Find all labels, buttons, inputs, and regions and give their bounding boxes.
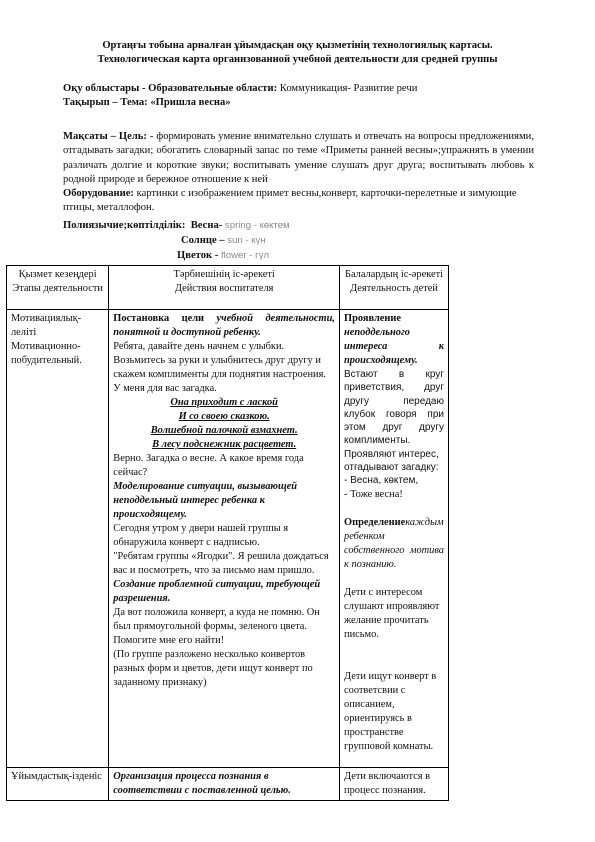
children-heading-2: Определениекаждым ребенком собственного … xyxy=(344,516,444,572)
stage-cell: Ұйымдастық-ізденіс xyxy=(7,768,109,801)
teacher-cell: Постановка цели учебной деятельности, по… xyxy=(109,310,340,768)
header-children: Балалардың іс-әрекеті Деятельность детей xyxy=(340,266,449,310)
children-text: Дети с интересом слушают ипроявляют жела… xyxy=(344,586,444,642)
children-text: Встают в круг приветствия, друг другу пе… xyxy=(344,368,444,448)
heading-bold: Определение xyxy=(344,517,405,528)
header-kz: Балалардың іс-әрекеті xyxy=(344,268,444,282)
teacher-text: "Ребятам группы «Ягодки". Я решила дожда… xyxy=(113,550,335,578)
vocab-word: Солнце – xyxy=(181,235,225,246)
teacher-text: (По группе разложено несколько конвертов… xyxy=(113,648,335,690)
teacher-heading: Создание проблемной ситуации, требующей … xyxy=(113,578,335,606)
riddle-line: И со своею сказкою. xyxy=(113,410,335,424)
children-text: - Тоже весна! xyxy=(344,488,444,502)
table-row: Мотивациялық- леліті Мотивационно-побуди… xyxy=(7,310,449,768)
vocab-translation: spring - көктем xyxy=(222,220,289,231)
topic: Тақырып – Тема: «Пришла весна» xyxy=(63,96,231,110)
riddle-line: В лесу подснежник расцветет. xyxy=(113,438,335,452)
table-row: Ұйымдастық-ізденіс Организация процесса … xyxy=(7,768,449,801)
title-kazakh: Ортаңғы тобына арналған ұйымдасқан оқу қ… xyxy=(0,39,595,53)
bilingual-label: Полиязычие;көптілділік: xyxy=(63,220,185,231)
children-text: - Весна, көктем, xyxy=(344,474,444,487)
vocab-translation: sun - күн xyxy=(225,235,266,246)
goal-paragraph: Мақсаты – Цель: - формировать умение вни… xyxy=(63,130,534,187)
stage-ru: Мотивационно-побудительный. xyxy=(11,340,104,368)
educational-areas: Оқу облыстары - Образовательные области:… xyxy=(63,82,417,96)
teacher-text: Верно. Загадка о весне. А какое время го… xyxy=(113,452,335,480)
equipment-label: Оборудование: xyxy=(63,188,134,199)
teacher-cell: Организация процесса познания в соответс… xyxy=(109,768,340,801)
header-kz: Қызмет кезеңдері xyxy=(11,268,104,282)
children-text: Дети ищут конверт в соответсвии с описан… xyxy=(344,670,444,754)
teacher-text: Да вот положила конверт, а куда не помню… xyxy=(113,606,335,648)
teacher-goal: Постановка цели учебной деятельности, по… xyxy=(113,312,335,340)
teacher-text: Ребята, давайте день начнем с улыбки. Во… xyxy=(113,340,335,382)
vocab-word: Весна- xyxy=(191,220,223,231)
vocab-word: Цветок - xyxy=(177,250,218,261)
children-cell: Проявление неподдельного интереса к прои… xyxy=(340,310,449,768)
teacher-heading: Моделирование ситуации, вызывающей непод… xyxy=(113,480,335,522)
children-heading: Проявление xyxy=(344,312,444,326)
goal-bold: Постановка цели xyxy=(113,313,216,324)
stage-cell: Мотивациялық- леліті Мотивационно-побуди… xyxy=(7,310,109,768)
header-kz: Тәрбиешінің іс-әрекеті xyxy=(113,268,335,282)
vocab-translation: flower - гүл xyxy=(218,250,269,261)
teacher-text: Сегодня утром у двери нашей группы я обн… xyxy=(113,522,335,550)
header-teacher: Тәрбиешінің іс-әрекеті Действия воспитат… xyxy=(109,266,340,310)
stage-kz: Мотивациялық- xyxy=(11,312,104,326)
table-header-row: Қызмет кезеңдері Этапы деятельности Тәрб… xyxy=(7,266,449,310)
header-ru: Деятельность детей xyxy=(344,282,444,296)
goal-label: Мақсаты – Цель: xyxy=(63,131,147,142)
header-ru: Этапы деятельности xyxy=(11,282,104,296)
title-russian: Технологическая карта организованной уче… xyxy=(0,53,595,67)
teacher-text: У меня для вас загадка. xyxy=(113,382,335,396)
children-heading-italic: неподдельного интереса к происходящему. xyxy=(344,326,444,368)
areas-value: Коммуникация- Развитие речи xyxy=(277,83,417,94)
stage-kz-cont: леліті xyxy=(11,326,104,340)
children-cell: Дети включаются в процесс познания. xyxy=(340,768,449,801)
header-stages: Қызмет кезеңдері Этапы деятельности xyxy=(7,266,109,310)
vocab-line-3: Цветок - flower - гүл xyxy=(177,249,269,263)
equipment-paragraph: Оборудование: картинки с изображением пр… xyxy=(63,187,534,216)
riddle-line: Она приходит с лаской xyxy=(113,396,335,410)
document-page: Ортаңғы тобына арналған ұйымдасқан оқу қ… xyxy=(0,0,595,842)
header-ru: Действия воспитателя xyxy=(113,282,335,296)
vocab-line-1: Полиязычие;көптілділік: Весна- spring - … xyxy=(63,219,290,233)
areas-label: Оқу облыстары - Образовательные области: xyxy=(63,83,277,94)
riddle-line: Волшебной палочкой взмахнет. xyxy=(113,424,335,438)
activity-table: Қызмет кезеңдері Этапы деятельности Тәрб… xyxy=(6,265,449,801)
vocab-line-2: Солнце – sun - күн xyxy=(181,234,266,248)
children-text: Проявляют интерес, отгадывают загадку: xyxy=(344,448,444,475)
